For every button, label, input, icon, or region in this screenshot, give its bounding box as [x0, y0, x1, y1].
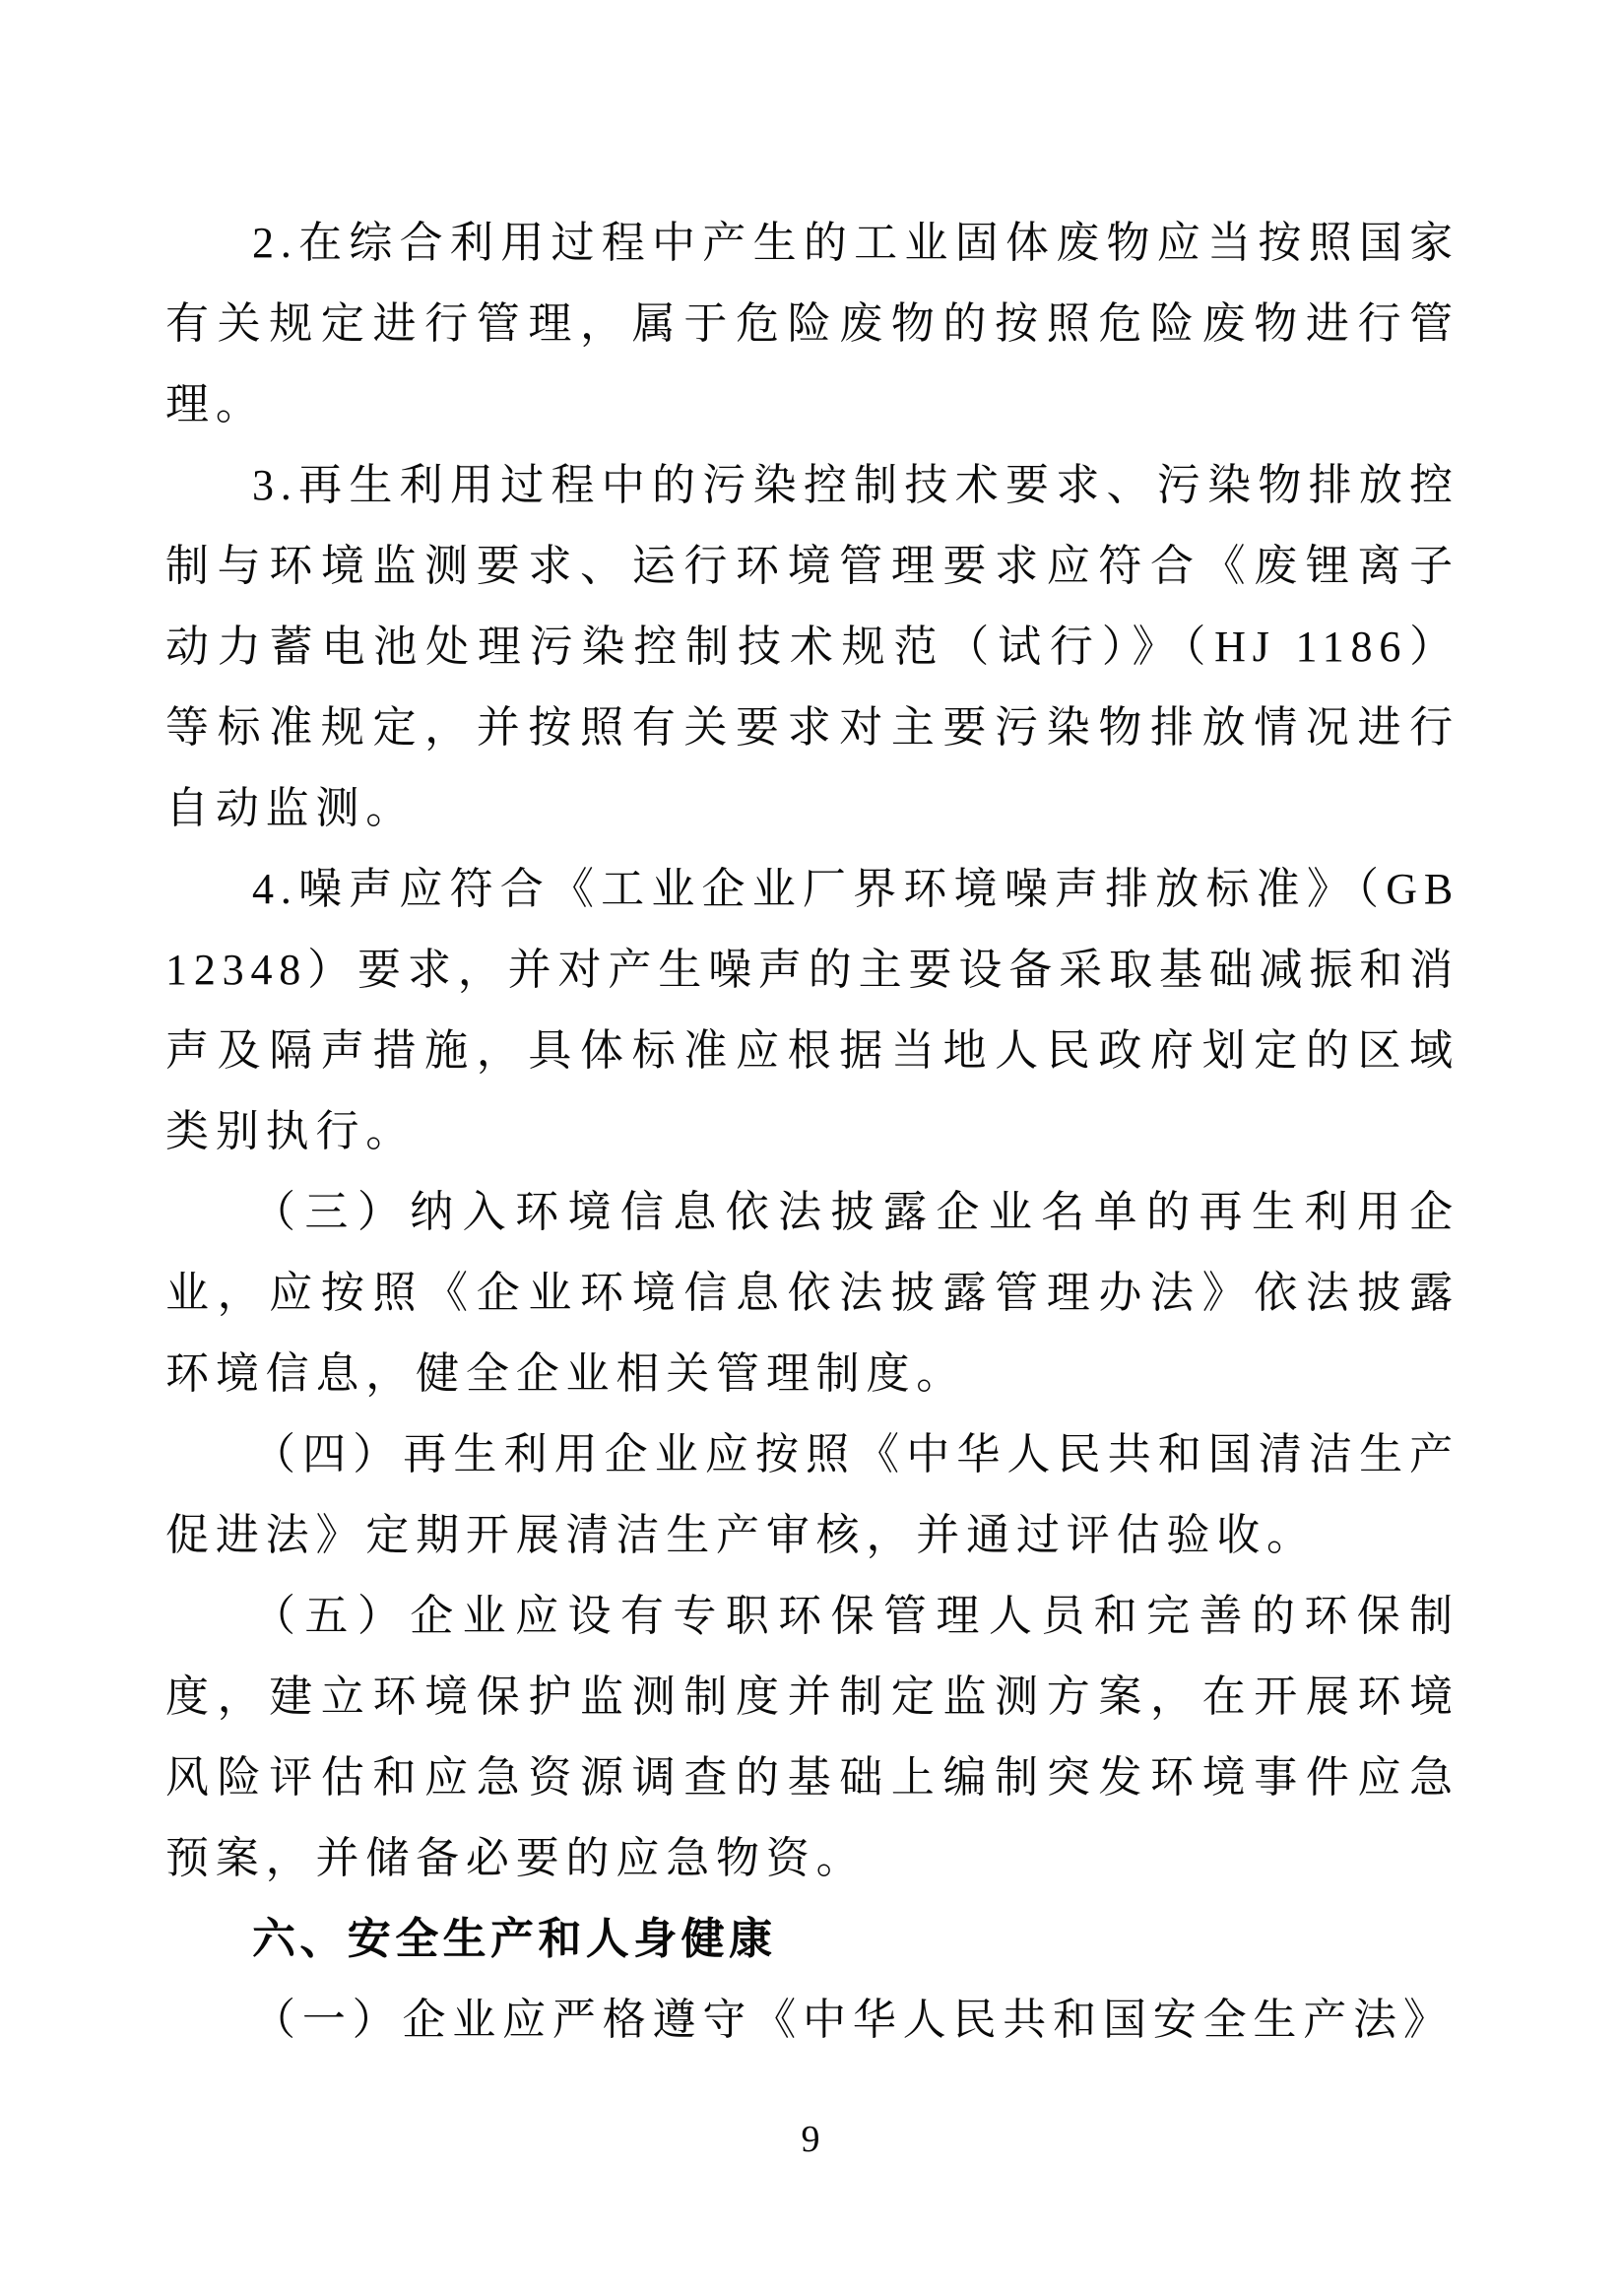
- paragraph-pollution-control: 3.再生利用过程中的污染控制技术要求、污染物排放控制与环境监测要求、运行环境管理…: [165, 445, 1459, 849]
- paragraph-item-1-safety-law: （一）企业应严格遵守《中华人民共和国安全生产法》: [165, 1980, 1459, 2061]
- paragraph-item-5-emergency: （五）企业应设有专职环保管理人员和完善的环保制度，建立环境保护监测制度并制定监测…: [165, 1576, 1459, 1899]
- paragraph-item-4-clean-production: （四）再生利用企业应按照《中华人民共和国清洁生产促进法》定期开展清洁生产审核，并…: [165, 1414, 1459, 1576]
- section-heading-6-safety: 六、安全生产和人身健康: [165, 1899, 1459, 1980]
- page-number: 9: [0, 2116, 1621, 2163]
- document-page: 2.在综合利用过程中产生的工业固体废物应当按照国家有关规定进行管理，属于危险废物…: [0, 0, 1621, 2296]
- paragraph-noise: 4.噪声应符合《工业企业厂界环境噪声排放标准》（GB 12348）要求，并对产生…: [165, 849, 1459, 1172]
- document-body: 2.在综合利用过程中产生的工业固体废物应当按照国家有关规定进行管理，属于危险废物…: [165, 203, 1459, 2061]
- paragraph-item-3-disclosure: （三）纳入环境信息依法披露企业名单的再生利用企业，应按照《企业环境信息依法披露管…: [165, 1172, 1459, 1414]
- paragraph-solid-waste: 2.在综合利用过程中产生的工业固体废物应当按照国家有关规定进行管理，属于危险废物…: [165, 203, 1459, 445]
